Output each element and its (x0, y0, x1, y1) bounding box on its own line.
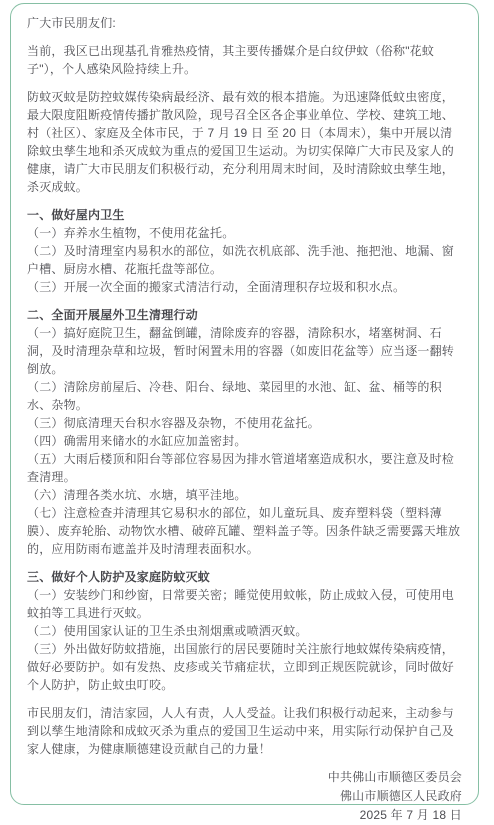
intro-paragraph-2: 防蚊灭蚊是防控蚊媒传染病最经济、最有效的根本措施。为迅速降低蚊虫密度，最大限度阻… (27, 88, 463, 196)
intro-paragraph-1: 当前，我区已出现基孔肯雅热疫情，其主要传播媒介是白纹伊蚊（俗称"花蚊子"），个人… (27, 42, 463, 78)
section-2-item-1: （一）搞好庭院卫生，翻盆倒罐，清除废弃的容器，清除积水，堵塞树洞、石洞，及时清理… (27, 324, 463, 378)
section-1-item-3: （三）开展一次全面的搬家式清洁行动，全面清理积存垃圾和积水点。 (27, 278, 463, 296)
salutation: 广大市民朋友们: (27, 14, 463, 32)
section-personal-protection: 三、做好个人防护及家庭防蚊灭蚊 （一）安装纱门和纱窗，日常要关密；睡觉使用蚊帐，… (27, 568, 463, 694)
signature-date: 2025 年 7 月 18 日 (27, 806, 462, 814)
section-2-item-7: （七）注意检查并清理其它易积水的部位，如儿童玩具、废弃塑料袋（塑料薄膜）、废弃轮… (27, 504, 463, 558)
section-3-item-3: （三）外出做好防蚊措施，出国旅行的居民要随时关注旅行地蚊媒传染病疫情，做好必要防… (27, 640, 463, 694)
signature-government: 佛山市顺德区人民政府 (27, 787, 462, 806)
section-2-item-4: （四）确需用来储水的水缸应加盖密封。 (27, 432, 463, 450)
section-2-item-2: （二）清除房前屋后、冷巷、阳台、绿地、菜园里的水池、缸、盆、桶等的积水、杂物。 (27, 378, 463, 414)
signature-party-committee: 中共佛山市顺德区委员会 (27, 768, 462, 787)
section-1-item-2: （二）及时清理室内易积水的部位，如洗衣机底部、洗手池、拖把池、地漏、窗户槽、厨房… (27, 242, 463, 278)
section-indoor-hygiene: 一、做好屋内卫生 （一）弃养水生植物，不使用花盆托。 （二）及时清理室内易积水的… (27, 206, 463, 296)
section-3-item-2: （二）使用国家认证的卫生杀虫剂烟熏或喷洒灭蚊。 (27, 622, 463, 640)
section-2-item-3: （三）彻底清理天台积水容器及杂物，不使用花盆托。 (27, 414, 463, 432)
signature-block: 中共佛山市顺德区委员会 佛山市顺德区人民政府 2025 年 7 月 18 日 (27, 768, 463, 814)
section-outdoor-cleanup: 二、全面开展屋外卫生清理行动 （一）搞好庭院卫生，翻盆倒罐，清除废弃的容器，清除… (27, 306, 463, 558)
notice-card: 广大市民朋友们: 当前，我区已出现基孔肯雅热疫情，其主要传播媒介是白纹伊蚊（俗称… (10, 3, 479, 805)
section-heading-3: 三、做好个人防护及家庭防蚊灭蚊 (27, 568, 463, 586)
closing-paragraph: 市民朋友们，清洁家园，人人有责，人人受益。让我们积极行动起来，主动参与到以孳生地… (27, 704, 463, 758)
section-1-item-1: （一）弃养水生植物，不使用花盆托。 (27, 224, 463, 242)
section-heading-1: 一、做好屋内卫生 (27, 206, 463, 224)
section-2-item-5: （五）大雨后楼顶和阳台等部位容易因为排水管道堵塞造成积水，要注意及时检查清理。 (27, 450, 463, 486)
section-2-item-6: （六）清理各类水坑、水塘，填平洼地。 (27, 486, 463, 504)
section-heading-2: 二、全面开展屋外卫生清理行动 (27, 306, 463, 324)
section-3-item-1: （一）安装纱门和纱窗，日常要关密；睡觉使用蚊帐，防止成蚊入侵，可使用电蚊拍等工具… (27, 586, 463, 622)
